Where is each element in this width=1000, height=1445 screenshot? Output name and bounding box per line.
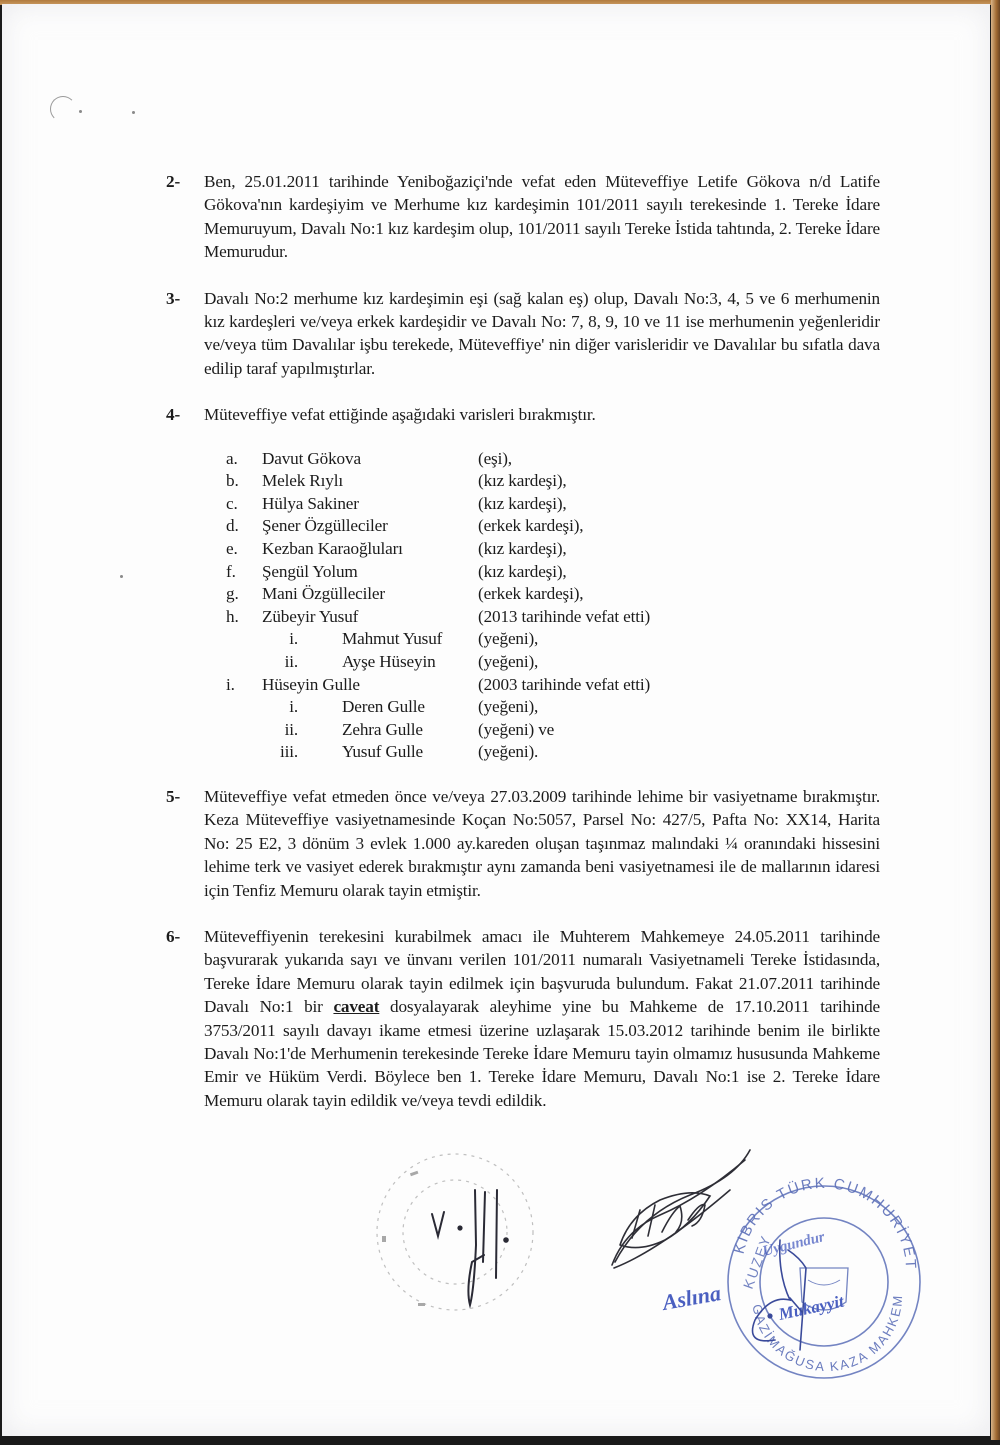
heir-relation: (kız kardeşi), [478, 537, 567, 560]
heir-name: Kezban Karaoğluları [262, 537, 403, 560]
heir-name: Hüseyin Gulle [262, 673, 360, 696]
heir-relation: (erkek kardeşi), [478, 582, 583, 605]
paragraph-5: 5- Müteveffiye vefat etmeden önce ve/vey… [166, 785, 880, 902]
heir-relation: (kız kardeşi), [478, 560, 567, 583]
heir-row: ii.Ayşe Hüseyin(yeğeni), [166, 650, 880, 673]
heir-name: Deren Gulle [342, 695, 425, 718]
document-body: 2- Ben, 25.01.2011 tarihinde Yeniboğaziç… [166, 170, 880, 1135]
heir-relation: (yeğeni), [478, 695, 538, 718]
heir-name: Zübeyir Yusuf [262, 605, 358, 628]
heir-relation: (erkek kardeşi), [478, 514, 583, 537]
heir-relation: (yeğeni), [478, 650, 538, 673]
heir-name: Zehra Gulle [342, 718, 423, 741]
paragraph-text: Müteveffiye vefat ettiğinde aşağıdaki va… [204, 403, 880, 426]
heir-relation: (kız kardeşi), [478, 492, 567, 515]
heir-relation: (kız kardeşi), [478, 469, 567, 492]
heir-row: d.Şener Özgülleciler(erkek kardeşi), [166, 514, 880, 537]
paragraph-number: 4- [166, 403, 180, 426]
heir-label: iii. [272, 740, 298, 763]
paper-speck [120, 575, 123, 578]
paragraph-2: 2- Ben, 25.01.2011 tarihinde Yeniboğaziç… [166, 170, 880, 264]
heir-row: e.Kezban Karaoğluları(kız kardeşi), [166, 537, 880, 560]
heir-name: Mahmut Yusuf [342, 627, 442, 650]
heir-relation: (yeğeni) ve [478, 718, 554, 741]
paper-speck [132, 111, 135, 114]
heir-name: Şengül Yolum [262, 560, 358, 583]
paragraph-3: 3- Davalı No:2 merhume kız kardeşimin eş… [166, 287, 880, 381]
heir-row: i.Hüseyin Gulle(2003 tarihinde vefat ett… [166, 673, 880, 696]
heir-row: h.Zübeyir Yusuf(2013 tarihinde vefat ett… [166, 605, 880, 628]
heir-relation: (yeğeni). [478, 740, 538, 763]
caveat-emphasis: caveat [333, 997, 379, 1016]
heir-label: i. [272, 627, 298, 650]
heir-name: Şener Özgülleciler [262, 514, 388, 537]
paragraph-6: 6- Müteveffiyenin terekesini kurabilmek … [166, 925, 880, 1112]
heir-row: f.Şengül Yolum(kız kardeşi), [166, 560, 880, 583]
heir-relation: (eşi), [478, 447, 512, 470]
paragraph-number: 6- [166, 925, 180, 948]
paragraph-text: Ben, 25.01.2011 tarihinde Yeniboğaziçi'n… [204, 170, 880, 264]
heir-row: i.Deren Gulle(yeğeni), [166, 695, 880, 718]
heir-row: c.Hülya Sakiner(kız kardeşi), [166, 492, 880, 515]
heir-name: Hülya Sakiner [262, 492, 359, 515]
paragraph-number: 3- [166, 287, 180, 310]
paragraph-number: 2- [166, 170, 180, 193]
paragraph-4: 4- Müteveffiye vefat ettiğinde aşağıdaki… [166, 403, 880, 426]
heirs-list: a.Davut Gökova(eşi),b.Melek Rıylı(kız ka… [166, 447, 880, 763]
paragraph-text: Müteveffiye vefat etmeden önce ve/veya 2… [204, 785, 880, 902]
paper-mark [50, 96, 76, 122]
heir-row: i.Mahmut Yusuf(yeğeni), [166, 627, 880, 650]
heir-relation: (2003 tarihinde vefat etti) [478, 673, 650, 696]
heir-label: i. [272, 695, 298, 718]
heir-row: iii.Yusuf Gulle(yeğeni). [166, 740, 880, 763]
paragraph-number: 5- [166, 785, 180, 808]
heir-name: Melek Rıylı [262, 469, 343, 492]
heir-row: g.Mani Özgülleciler(erkek kardeşi), [166, 582, 880, 605]
heir-row: b.Melek Rıylı(kız kardeşi), [166, 469, 880, 492]
table-edge-right [991, 0, 1000, 1440]
heir-name: Mani Özgülleciler [262, 582, 385, 605]
paragraph-text: Müteveffiyenin terekesini kurabilmek ama… [204, 925, 880, 1112]
heir-label: ii. [272, 650, 298, 673]
heir-label: ii. [272, 718, 298, 741]
heir-row: a.Davut Gökova(eşi), [166, 447, 880, 470]
paragraph-text: Davalı No:2 merhume kız kardeşimin eşi (… [204, 287, 880, 381]
heir-name: Yusuf Gulle [342, 740, 423, 763]
heir-name: Davut Gökova [262, 447, 361, 470]
heir-relation: (yeğeni), [478, 627, 538, 650]
heir-row: ii.Zehra Gulle(yeğeni) ve [166, 718, 880, 741]
paper-speck [79, 110, 82, 113]
heir-relation: (2013 tarihinde vefat etti) [478, 605, 650, 628]
heir-name: Ayşe Hüseyin [342, 650, 436, 673]
